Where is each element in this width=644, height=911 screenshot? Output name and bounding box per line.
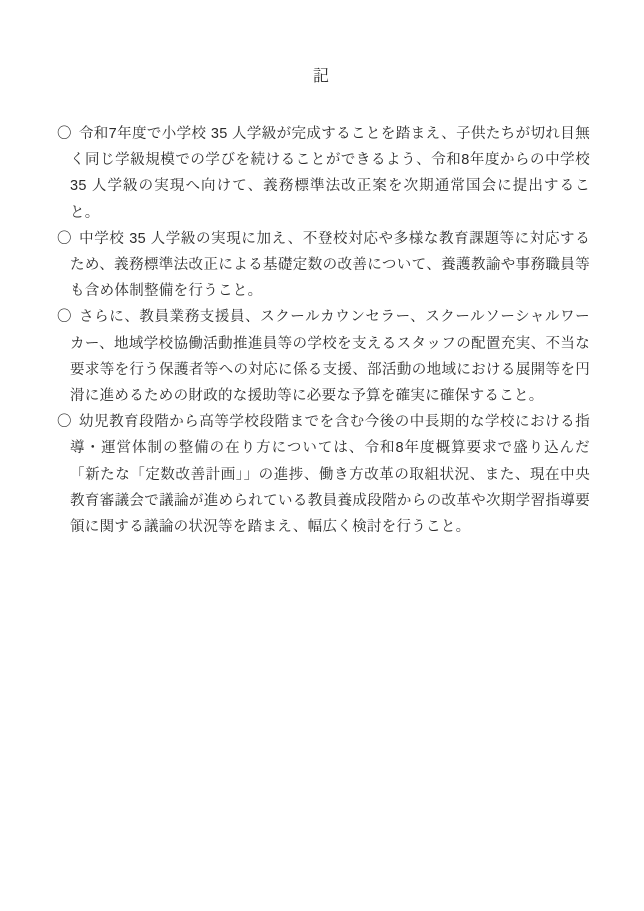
item-text: 幼児教育段階から高等学校段階までを含む今後の中長期的な学校における指導・運営体制… xyxy=(70,414,590,535)
list-item: 〇中学校 35 人学級の実現に加え、不登校対応や多様な教育課題等に対応するため、… xyxy=(57,226,590,305)
list-item: 〇令和7年度で小学校 35 人学級が完成することを踏まえ、子供たちが切れ目無く同… xyxy=(57,121,590,226)
list-item: 〇幼児教育段階から高等学校段階までを含む今後の中長期的な学校における指導・運営体… xyxy=(57,409,590,540)
notice-item-list: 〇令和7年度で小学校 35 人学級が完成することを踏まえ、子供たちが切れ目無く同… xyxy=(0,121,644,540)
item-text: さらに、教員業務支援員、スクールカウンセラー、スクールソーシャルワーカー、地域学… xyxy=(70,309,590,404)
item-bullet: 〇 xyxy=(57,414,72,430)
item-text: 令和7年度で小学校 35 人学級が完成することを踏まえ、子供たちが切れ目無く同じ… xyxy=(70,126,590,221)
document-page: 記 〇令和7年度で小学校 35 人学級が完成することを踏まえ、子供たちが切れ目無… xyxy=(0,0,644,911)
item-bullet: 〇 xyxy=(57,126,72,142)
page-title: 記 xyxy=(0,0,644,88)
item-text: 中学校 35 人学級の実現に加え、不登校対応や多様な教育課題等に対応するため、義… xyxy=(70,231,590,299)
list-item: 〇さらに、教員業務支援員、スクールカウンセラー、スクールソーシャルワーカー、地域… xyxy=(57,304,590,409)
item-bullet: 〇 xyxy=(57,309,72,325)
item-bullet: 〇 xyxy=(57,231,72,247)
